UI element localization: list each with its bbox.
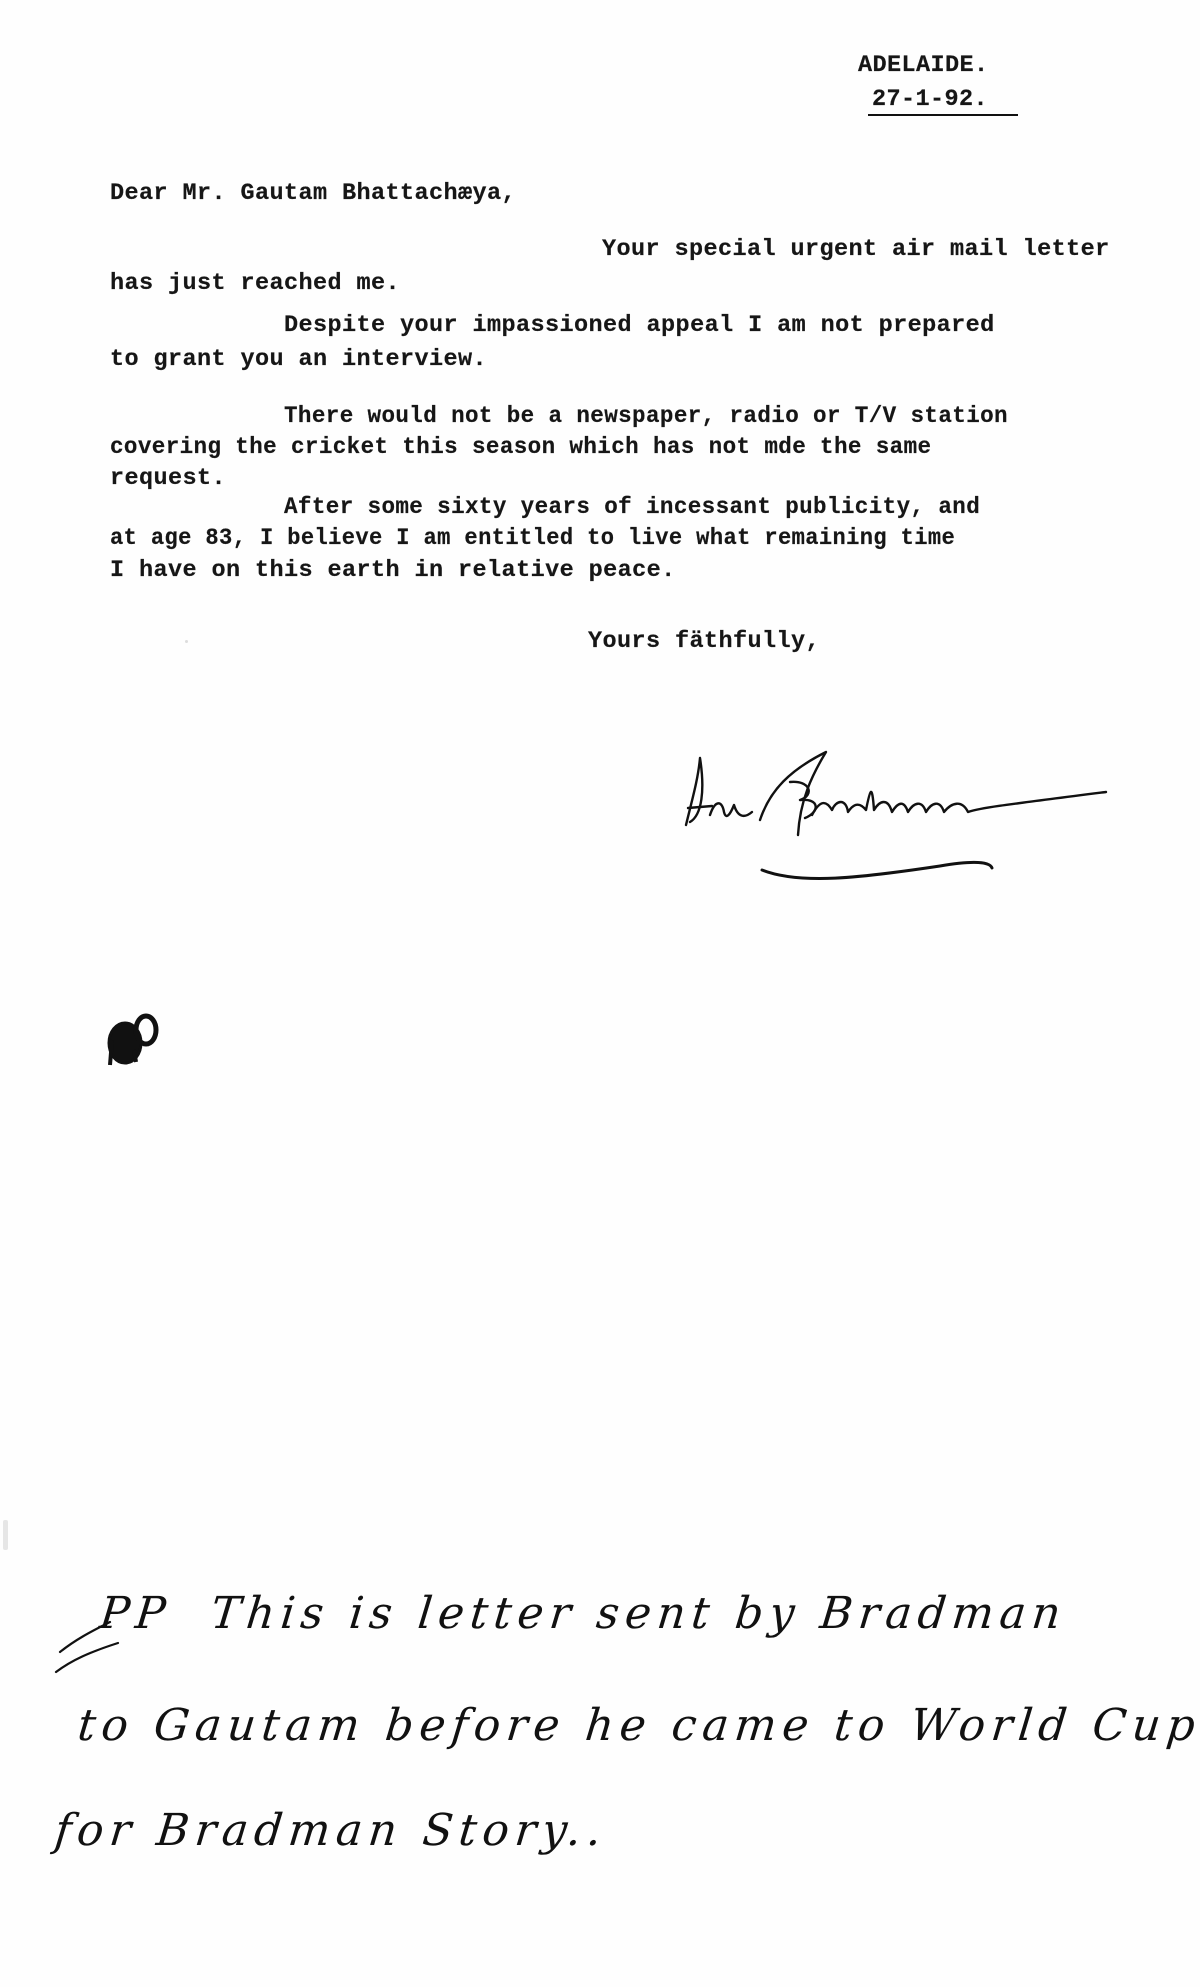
paper-edge-mark	[3, 1520, 8, 1550]
pp-double-underline-icon	[0, 0, 1200, 1987]
paper-speck	[185, 640, 188, 643]
letter-page: ADELAIDE. 27-1-92. Dear Mr. Gautam Bhatt…	[0, 0, 1200, 1987]
